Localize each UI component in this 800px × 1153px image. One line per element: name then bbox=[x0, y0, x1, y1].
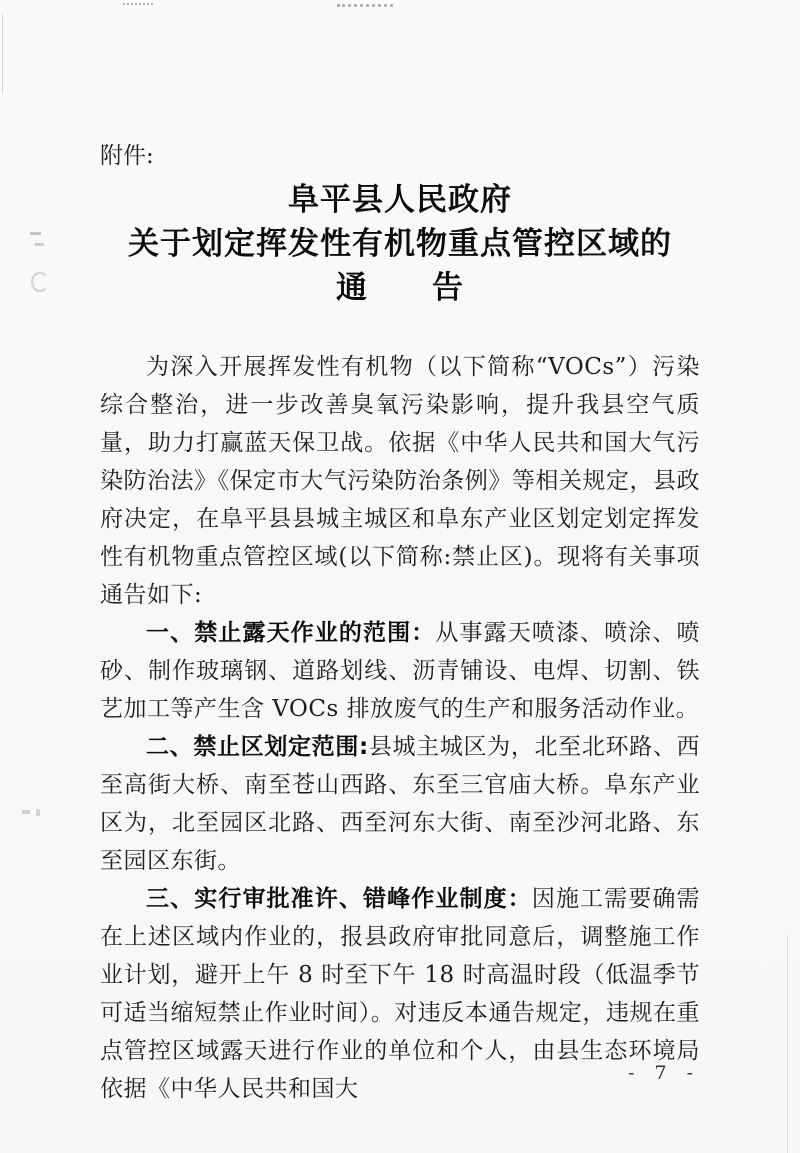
scan-artifact-left-smudge bbox=[36, 809, 40, 816]
paragraph-text: 为深入开展挥发性有机物（以下简称“VOCs”）污染综合整治，进一步改善臭氧污染影… bbox=[100, 354, 700, 608]
scan-artifact-top-middle bbox=[337, 0, 393, 7]
scan-edge-line-right bbox=[787, 935, 788, 1153]
title-line-issuer: 阜平县人民政府 bbox=[100, 178, 700, 222]
body-paragraph-intro: 为深入开展挥发性有机物（以下简称“VOCs”）污染综合整治，进一步改善臭氧污染影… bbox=[100, 348, 700, 614]
paragraph-lead: 三、实行审批准许、错峰作业制度： bbox=[146, 886, 532, 912]
scan-artifact-left-smudge bbox=[31, 272, 49, 292]
attachment-label: 附件: bbox=[100, 142, 700, 170]
body-paragraph-section-1: 一、禁止露天作业的范围：从事露天喷漆、喷涂、喷砂、制作玻璃钢、道路划线、沥青铺设… bbox=[100, 614, 700, 728]
title-line-doctype: 通 告 bbox=[100, 266, 700, 310]
scanned-document-page: 附件: 阜平县人民政府 关于划定挥发性有机物重点管控区域的 通 告 为深入开展挥… bbox=[0, 0, 800, 1153]
scan-artifact-left-smudge bbox=[35, 243, 44, 246]
body-paragraph-section-2: 二、禁止区划定范围:县城主城区为，北至北环路、西至高街大桥、南至苍山西路、东至三… bbox=[100, 728, 700, 880]
scan-artifact-left-smudge bbox=[30, 232, 41, 235]
page-number: - 7 - bbox=[0, 1062, 800, 1084]
scan-artifact-left-smudge bbox=[22, 810, 30, 814]
paragraph-lead: 一、禁止露天作业的范围： bbox=[146, 620, 435, 646]
paragraph-lead: 二、禁止区划定范围: bbox=[146, 734, 369, 760]
title-line-subject: 关于划定挥发性有机物重点管控区域的 bbox=[100, 222, 700, 266]
document-body: 为深入开展挥发性有机物（以下简称“VOCs”）污染综合整治，进一步改善臭氧污染影… bbox=[100, 348, 700, 1108]
document-title: 阜平县人民政府 关于划定挥发性有机物重点管控区域的 通 告 bbox=[100, 178, 700, 310]
scan-edge-line-left bbox=[2, 14, 3, 94]
scan-artifact-top-left bbox=[123, 0, 153, 5]
